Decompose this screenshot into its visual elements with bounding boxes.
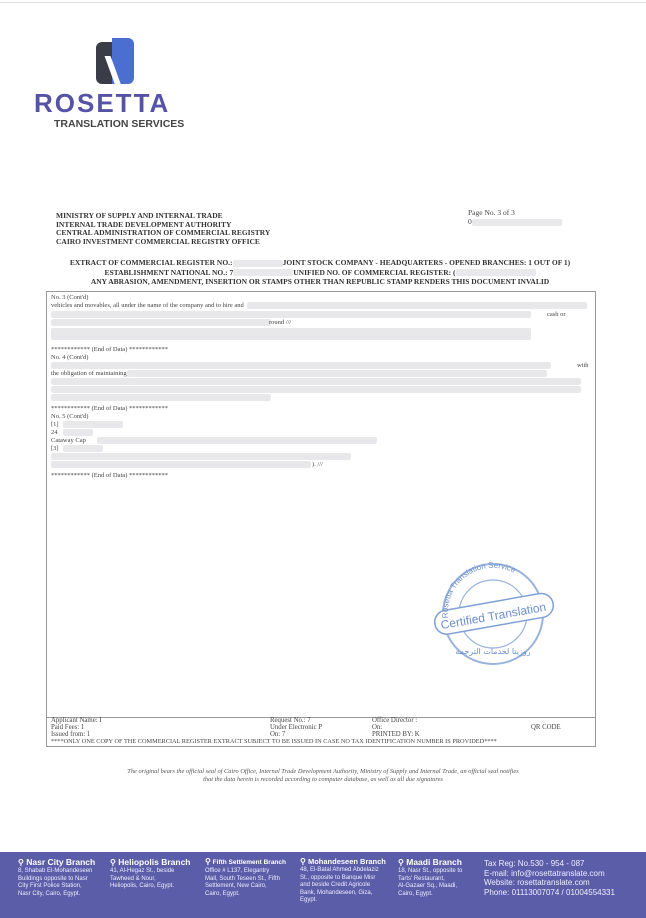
branch-address: Al-Gazaer Sq., Maadi, bbox=[398, 883, 462, 891]
branch-name: Nasr City Branch bbox=[26, 857, 95, 867]
branch-address: St., opposite to Banque Misr bbox=[300, 875, 386, 883]
phone-number: Phone: 01113007074 / 01004554331 bbox=[484, 888, 615, 898]
section-text: [1] bbox=[51, 421, 59, 429]
email-link[interactable]: E-mail: info@rosettatranslate.com bbox=[484, 869, 615, 879]
branch-address: 48, El-Batal Ahmed Abdelaziz bbox=[300, 867, 386, 875]
end-of-data: ************ (End of Data) ************ bbox=[51, 472, 168, 480]
section-no3: No. 3 (Cont'd) bbox=[51, 294, 88, 302]
qr-code-label: QR CODE bbox=[531, 724, 561, 732]
branch-address: Bank, Mohandeseen, Giza, bbox=[300, 890, 386, 898]
branch-address: Nasr City, Cairo, Egypt. bbox=[18, 891, 95, 899]
section-text: Cataway Cap bbox=[51, 437, 86, 445]
location-pin-icon: ⚲ bbox=[398, 858, 404, 867]
copy-notice: ****ONLY ONE COPY OF THE COMMERCIAL REGI… bbox=[51, 738, 497, 746]
top-border bbox=[0, 2, 646, 3]
section-text: 24 bbox=[51, 429, 58, 437]
branch-name: Mohandeseen Branch bbox=[308, 857, 386, 866]
section-text: with bbox=[577, 362, 589, 370]
contact-info: Tax Reg: No.530 - 954 - 087 E-mail: info… bbox=[484, 859, 615, 897]
branch-address: Cairo, Egypt. bbox=[398, 891, 462, 899]
seal-note-line: that the data herein is recorded accordi… bbox=[60, 776, 586, 784]
company-type: JOINT STOCK COMPANY - HEADQUARTERS - OPE… bbox=[283, 258, 571, 267]
stamp-bottom-text: روزيتا لخدمات الترجمة bbox=[455, 647, 530, 656]
branch-address: Tarts' Restaurant, bbox=[398, 876, 462, 884]
branch-address: Settlement, New Cairo, bbox=[205, 883, 286, 891]
branch-address: Mall, South Teseen St., Fifth bbox=[205, 876, 286, 884]
website-link[interactable]: Website: rosettatranslate.com bbox=[484, 878, 615, 888]
branch-name: Heliopolis Branch bbox=[118, 857, 190, 867]
branch-address: and beside Credit Agricole bbox=[300, 882, 386, 890]
branch-nasr-city: ⚲ Nasr City Branch 8, Shabab El-Mohandes… bbox=[18, 857, 95, 898]
location-pin-icon: ⚲ bbox=[110, 858, 116, 867]
page-number-text: Page No. 3 of 3 bbox=[468, 208, 562, 217]
redaction bbox=[233, 269, 293, 276]
section-text: cash or bbox=[547, 311, 566, 319]
location-pin-icon: ⚲ bbox=[205, 857, 211, 866]
section-no4: No. 4 (Cont'd) bbox=[51, 354, 88, 362]
branch-fifth-settlement: ⚲ Fifth Settlement Branch Office # L137,… bbox=[205, 857, 286, 898]
location-pin-icon: ⚲ bbox=[300, 857, 306, 866]
section-text: round /// bbox=[269, 319, 291, 327]
register-no-label: EXTRACT OF COMMERCIAL REGISTER NO.: bbox=[70, 258, 233, 267]
certified-translation-stamp: Rosetta Translation Service Certified Tr… bbox=[428, 556, 558, 672]
seal-note-line: The original bears the official seal of … bbox=[60, 768, 586, 776]
branch-address: Heliopolis, Cairo, Egypt. bbox=[110, 883, 191, 891]
company-footer: ⚲ Nasr City Branch 8, Shabab El-Mohandes… bbox=[0, 852, 646, 918]
brand-tagline: TRANSLATION SERVICES bbox=[54, 118, 184, 130]
branch-name: Fifth Settlement Branch bbox=[213, 859, 286, 866]
section-text: ). /// bbox=[312, 461, 323, 469]
redaction bbox=[472, 219, 562, 226]
branch-address: Office # L137, Elegantry bbox=[205, 868, 286, 876]
branch-address: 41, Al-Hegaz St., beside bbox=[110, 868, 191, 876]
branch-mohandeseen: ⚲ Mohandeseen Branch 48, El-Batal Ahmed … bbox=[300, 857, 386, 905]
page-number: Page No. 3 of 3 0 bbox=[468, 208, 562, 226]
unified-no-label: UNIFIED NO. OF COMMERCIAL REGISTER: ( bbox=[293, 268, 455, 277]
redaction bbox=[456, 269, 536, 276]
ministry-line: CAIRO INVESTMENT COMMERCIAL REGISTRY OFF… bbox=[56, 238, 270, 247]
logo-r-icon bbox=[96, 36, 138, 86]
end-of-data: ************ (End of Data) ************ bbox=[51, 405, 168, 413]
branch-maadi: ⚲ Maadi Branch 18, Nasr St., opposite to… bbox=[398, 857, 462, 898]
branch-name: Maadi Branch bbox=[406, 857, 462, 867]
ministry-heading: MINISTRY OF SUPPLY AND INTERNAL TRADE IN… bbox=[56, 212, 270, 246]
redaction bbox=[233, 260, 283, 267]
branch-address: Egypt. bbox=[300, 897, 386, 905]
section-text: [3] bbox=[51, 445, 59, 453]
location-pin-icon: ⚲ bbox=[18, 858, 24, 867]
section-no5: No. 5 (Cont'd) bbox=[51, 413, 88, 421]
branch-address: 8, Shabab El-Mohandeseen bbox=[18, 868, 95, 876]
validity-warning: ANY ABRASION, AMENDMENT, INSERTION OR ST… bbox=[40, 277, 600, 287]
brand-name: ROSETTA bbox=[34, 88, 170, 119]
branch-address: 18, Nasr St., opposite to bbox=[398, 868, 462, 876]
end-of-data: ************ (End of Data) ************ bbox=[51, 346, 168, 354]
branch-heliopolis: ⚲ Heliopolis Branch 41, Al-Hegaz St., be… bbox=[110, 857, 191, 891]
national-no-label: ESTABLISHMENT NATIONAL NO.: 7 bbox=[104, 268, 233, 277]
extract-footer: Applicant Name: I Paid Fees: 1 Issued fr… bbox=[46, 716, 596, 747]
section-text: vehicles and movables, all under the nam… bbox=[51, 302, 244, 310]
branch-address: Buildings opposite to Nasr bbox=[18, 876, 95, 884]
tax-reg: Tax Reg: No.530 - 954 - 087 bbox=[484, 859, 615, 869]
section-text: the obligation of maintaining bbox=[51, 370, 127, 378]
branch-address: Cairo, Egypt. bbox=[205, 891, 286, 899]
branch-address: Tawheed & Nour, bbox=[110, 876, 191, 884]
branch-address: City First Police Station, bbox=[18, 883, 95, 891]
seal-note: The original bears the official seal of … bbox=[60, 768, 586, 784]
extract-titles: EXTRACT OF COMMERCIAL REGISTER NO.:JOINT… bbox=[40, 258, 600, 287]
